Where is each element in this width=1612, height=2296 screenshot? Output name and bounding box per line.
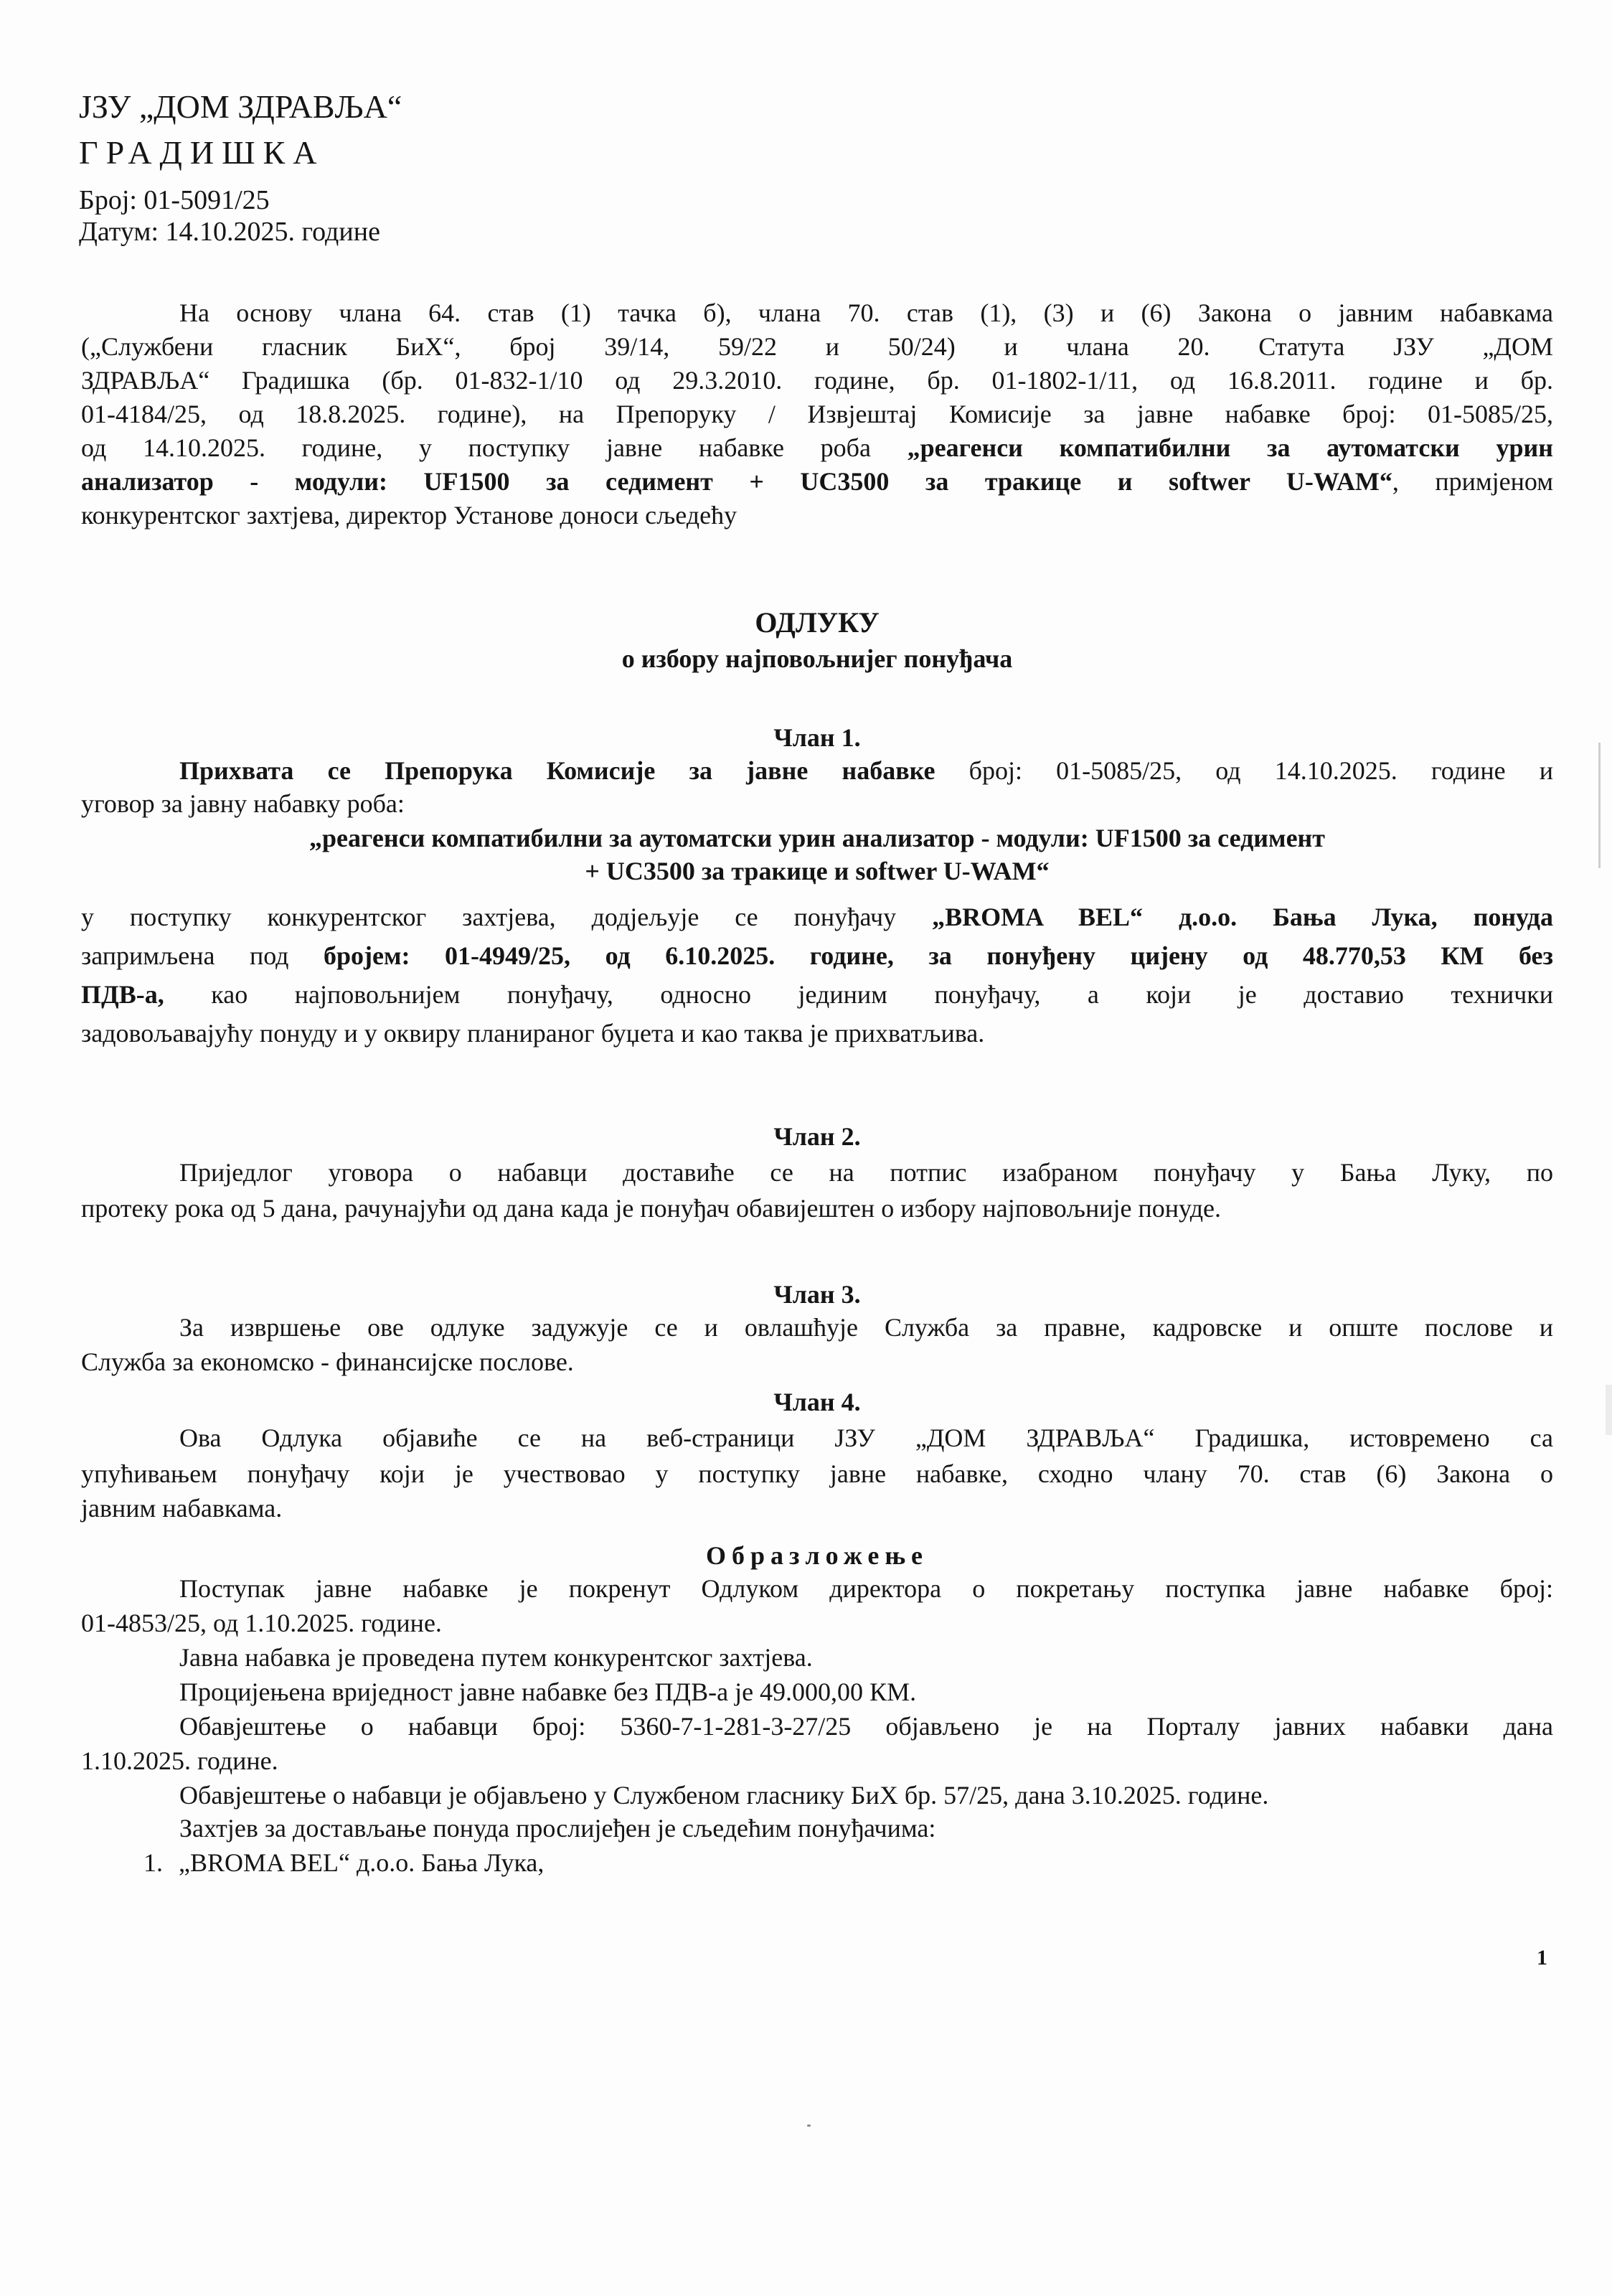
bidder-list-item: 1.„BROMA BEL“ д.о.о. Бања Лука,	[143, 1847, 544, 1878]
scan-edge-mark	[1598, 743, 1601, 868]
offer-details: бројем: 01-4949/25, од 6.10.2025. године…	[324, 941, 1553, 970]
article-text-bold: Прихвата се Препорука Комисије за јавне …	[179, 756, 935, 785]
preamble-text: , примјеном	[1392, 467, 1553, 496]
article-heading: Члан 3.	[81, 1279, 1553, 1310]
article-line: Прихвата се Препорука Комисије за јавне …	[179, 755, 1553, 786]
preamble-line: На основу члана 64. став (1) тачка б), ч…	[179, 297, 1553, 329]
article-line: запримљена под бројем: 01-4949/25, од 6.…	[81, 940, 1553, 971]
article-text: број: 01-5085/25, од 14.10.2025. године …	[935, 756, 1553, 785]
article-line: јавним набавкама.	[81, 1492, 282, 1524]
document-date: Датум: 14.10.2025. године	[79, 215, 380, 248]
preamble-line: („Службени гласник БиХ“, број 39/14, 59/…	[81, 331, 1553, 362]
rationale-line: Поступак јавне набавке је покренут Одлук…	[179, 1573, 1553, 1604]
rationale-line: Процијењена вриједност јавне набавке без…	[179, 1676, 916, 1708]
page-number: 1	[1537, 1946, 1547, 1970]
procurement-subject: „реагенси компатибилни за аутоматски ури…	[81, 822, 1553, 854]
procurement-subject: „реагенси компатибилни за аутоматски ури…	[908, 433, 1553, 462]
decision-title: ОДЛУКУ	[81, 607, 1553, 639]
decision-subtitle: о избору најповољнијег понуђача	[81, 643, 1553, 674]
article-line: Приједлог уговора о набавци доставиће се…	[179, 1157, 1553, 1188]
preamble-line: од 14.10.2025. године, у поступку јавне …	[81, 432, 1553, 464]
article-heading: Члан 4.	[81, 1386, 1553, 1418]
rationale-line: 01-4853/25, од 1.10.2025. године.	[81, 1607, 442, 1639]
article-line: Ова Одлука објавиће се на веб-страници Ј…	[179, 1422, 1553, 1454]
article-line: упућивањем понуђачу који је учествовао у…	[81, 1458, 1553, 1490]
article-heading: Члан 1.	[81, 722, 1553, 753]
article-line: За извршење ове одлуке задужује се и овл…	[179, 1312, 1553, 1343]
rationale-line: Обавјештење о набавци број: 5360-7-1-281…	[179, 1711, 1553, 1742]
preamble-line: ЗДРАВЉА“ Градишка (бр. 01-832-1/10 од 29…	[81, 364, 1553, 396]
article-line: Служба за економско - финансијске послов…	[81, 1346, 574, 1378]
article-text: као најповољнијем понуђачу, односно једи…	[164, 980, 1553, 1009]
preamble-line: анализатор - модули: UF1500 за седимент …	[81, 466, 1553, 497]
article-line: ПДВ-а, као најповољнијем понуђачу, однос…	[81, 979, 1553, 1010]
scan-edge-shadow	[1606, 1385, 1612, 1435]
city-name: ГРАДИШКА	[79, 133, 324, 172]
bidder-name: „BROMA BEL“ д.о.о. Бања Лука,	[179, 1848, 544, 1877]
document-number: Број: 01-5091/25	[79, 184, 270, 217]
article-line: протеку рока од 5 дана, рачунајући од да…	[81, 1192, 1221, 1224]
procurement-subject: анализатор - модули: UF1500 за седимент …	[81, 467, 1392, 496]
institution-name: ЈЗУ „ДОМ ЗДРАВЉА“	[79, 88, 402, 126]
preamble-line: конкурентског захтјева, директор Установ…	[81, 499, 737, 531]
article-heading: Члан 2.	[81, 1121, 1553, 1152]
rationale-line: Захтјев за достављање понуда прослијеђен…	[179, 1812, 935, 1844]
rationale-line: Обавјештење о набавци је објављено у Слу…	[179, 1779, 1268, 1811]
article-text: запримљена под	[81, 941, 324, 970]
preamble-line: 01-4184/25, од 18.8.2025. године), на Пр…	[81, 398, 1553, 430]
article-line: у поступку конкурентског захтјева, додје…	[81, 901, 1553, 933]
procurement-subject: + UC3500 за тракице и softwer U-WAM“	[81, 855, 1553, 887]
scan-speck	[807, 2125, 811, 2127]
rationale-line: 1.10.2025. године.	[81, 1745, 278, 1777]
article-text: у поступку конкурентског захтјева, додје…	[81, 903, 932, 931]
rationale-heading: Образложење	[81, 1540, 1553, 1571]
list-number: 1.	[143, 1848, 163, 1877]
rationale-line: Јавна набавка је проведена путем конкуре…	[179, 1642, 813, 1673]
preamble-text: од 14.10.2025. године, у поступку јавне …	[81, 433, 908, 462]
document-page: ЈЗУ „ДОМ ЗДРАВЉА“ ГРАДИШКА Број: 01-5091…	[0, 0, 1612, 2296]
article-line: задовољавајућу понуду и у оквиру планира…	[81, 1017, 984, 1049]
bidder-name: „BROMA BEL“ д.о.о. Бања Лука, понуда	[932, 903, 1553, 931]
offer-details: ПДВ-а,	[81, 980, 164, 1009]
article-line: уговор за јавну набавку роба:	[81, 788, 405, 819]
